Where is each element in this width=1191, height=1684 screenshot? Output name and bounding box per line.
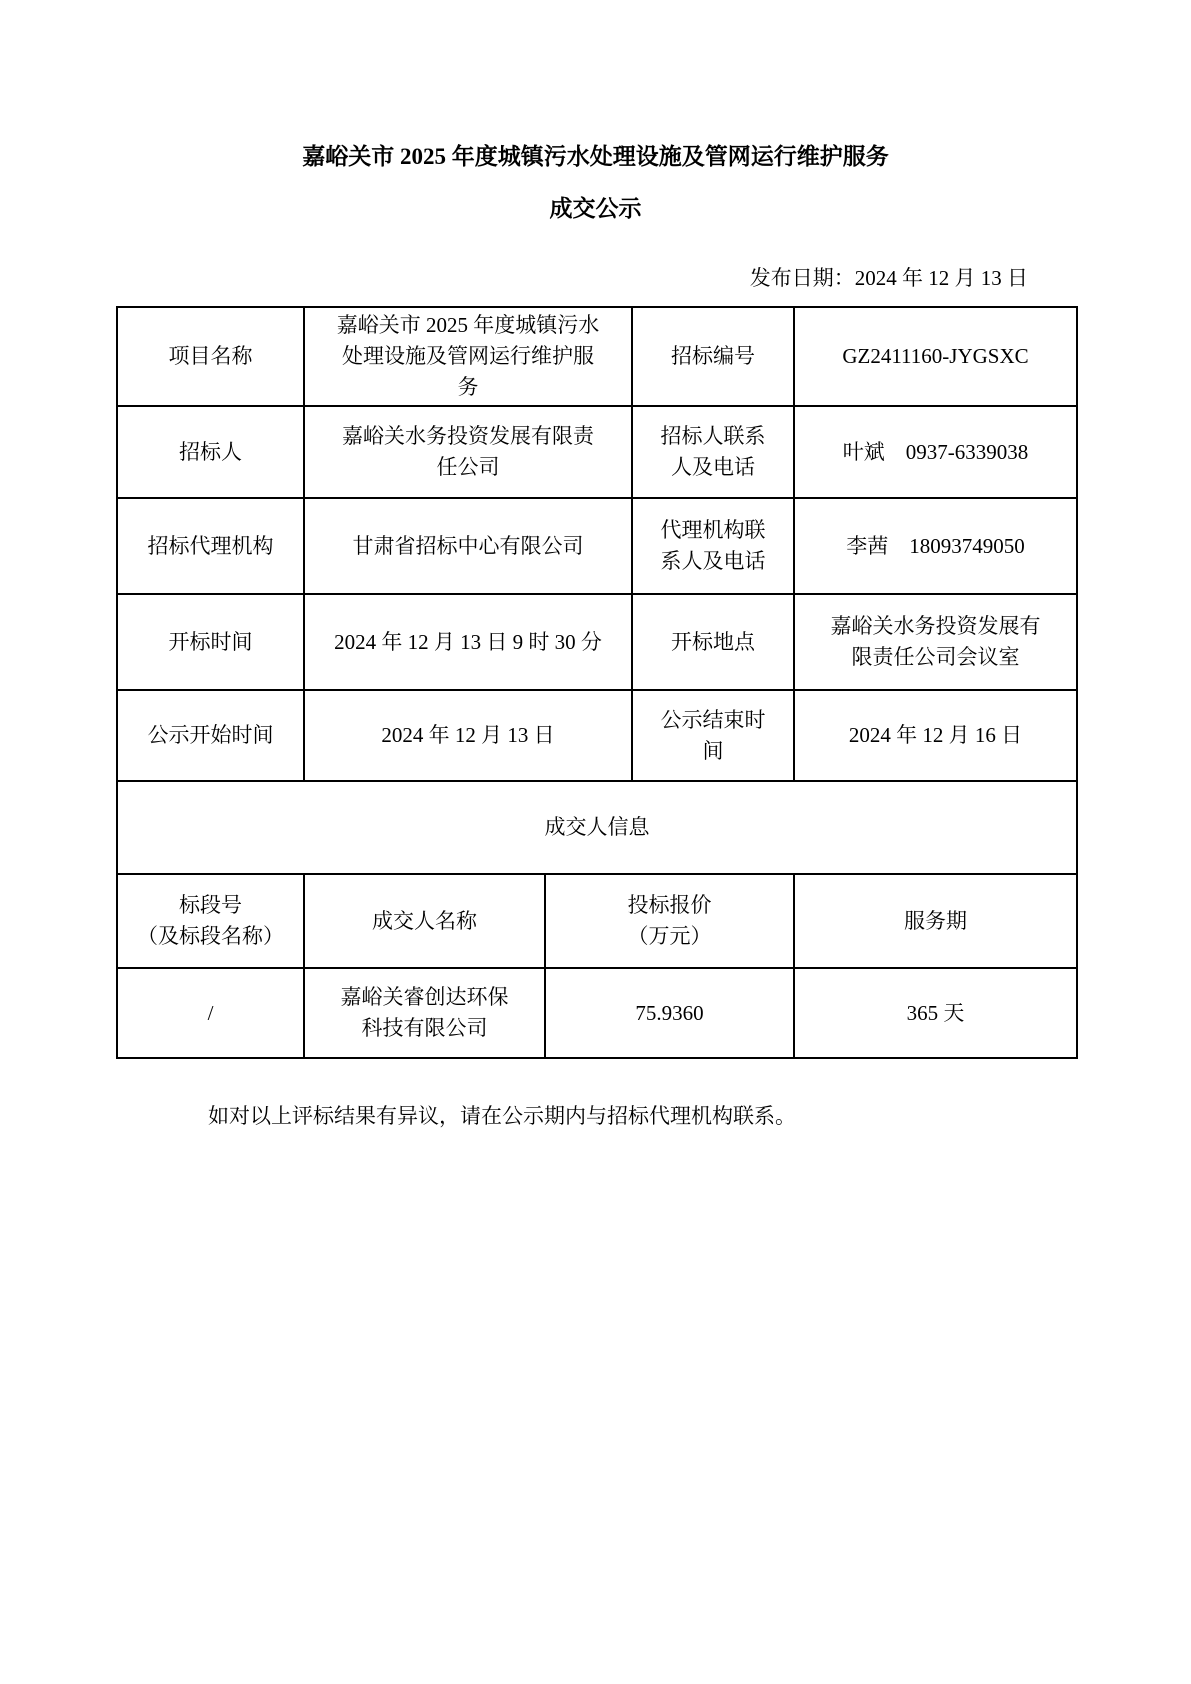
document-subtitle: 成交公示 bbox=[0, 192, 1191, 226]
opening-place-label: 开标地点 bbox=[632, 594, 794, 690]
agency-value: 甘肃省招标中心有限公司 bbox=[304, 498, 632, 594]
table-row-project: 项目名称 嘉峪关市 2025 年度城镇污水 处理设施及管网运行维护服 务 招标编… bbox=[117, 307, 1077, 406]
publicity-end-value: 2024 年 12 月 16 日 bbox=[794, 690, 1077, 781]
table-row-agency: 招标代理机构 甘肃省招标中心有限公司 代理机构联 系人及电话 李茜 180937… bbox=[117, 498, 1077, 594]
project-name-label: 项目名称 bbox=[117, 307, 304, 406]
tenderer-label: 招标人 bbox=[117, 406, 304, 498]
service-period-header: 服务期 bbox=[794, 874, 1077, 968]
agency-contact-value: 李茜 18093749050 bbox=[794, 498, 1077, 594]
lot-number-header: 标段号 （及标段名称） bbox=[117, 874, 304, 968]
table-row-section-header: 成交人信息 bbox=[117, 781, 1077, 874]
agency-label: 招标代理机构 bbox=[117, 498, 304, 594]
announcement-table: 项目名称 嘉峪关市 2025 年度城镇污水 处理设施及管网运行维护服 务 招标编… bbox=[116, 306, 1078, 1059]
opening-place-value: 嘉峪关水务投资发展有 限责任公司会议室 bbox=[794, 594, 1077, 690]
table-row-winner: / 嘉峪关睿创达环保 科技有限公司 75.9360 365 天 bbox=[117, 968, 1077, 1058]
table-row-opening: 开标时间 2024 年 12 月 13 日 9 时 30 分 开标地点 嘉峪关水… bbox=[117, 594, 1077, 690]
tenderer-contact-label: 招标人联系 人及电话 bbox=[632, 406, 794, 498]
table-row-publicity-period: 公示开始时间 2024 年 12 月 13 日 公示结束时 间 2024 年 1… bbox=[117, 690, 1077, 781]
tenderer-contact-value: 叶斌 0937-6339038 bbox=[794, 406, 1077, 498]
document-title: 嘉峪关市 2025 年度城镇污水处理设施及管网运行维护服务 bbox=[0, 140, 1191, 174]
opening-time-label: 开标时间 bbox=[117, 594, 304, 690]
title-block: 嘉峪关市 2025 年度城镇污水处理设施及管网运行维护服务 成交公示 bbox=[0, 0, 1191, 226]
bid-price-value: 75.9360 bbox=[545, 968, 794, 1058]
table-row-tenderer: 招标人 嘉峪关水务投资发展有限责 任公司 招标人联系 人及电话 叶斌 0937-… bbox=[117, 406, 1077, 498]
tender-number-value: GZ2411160-JYGSXC bbox=[794, 307, 1077, 406]
tender-number-label: 招标编号 bbox=[632, 307, 794, 406]
winner-name-header: 成交人名称 bbox=[304, 874, 545, 968]
document-page: 嘉峪关市 2025 年度城镇污水处理设施及管网运行维护服务 成交公示 发布日期：… bbox=[0, 0, 1191, 1684]
bid-price-header: 投标报价 （万元） bbox=[545, 874, 794, 968]
objection-note: 如对以上评标结果有异议，请在公示期内与招标代理机构联系。 bbox=[208, 1101, 1191, 1131]
publicity-end-label: 公示结束时 间 bbox=[632, 690, 794, 781]
table-row-winner-headers: 标段号 （及标段名称） 成交人名称 投标报价 （万元） 服务期 bbox=[117, 874, 1077, 968]
publicity-start-label: 公示开始时间 bbox=[117, 690, 304, 781]
lot-number-value: / bbox=[117, 968, 304, 1058]
publicity-start-value: 2024 年 12 月 13 日 bbox=[304, 690, 632, 781]
winner-info-section-header: 成交人信息 bbox=[117, 781, 1077, 874]
project-name-value: 嘉峪关市 2025 年度城镇污水 处理设施及管网运行维护服 务 bbox=[304, 307, 632, 406]
agency-contact-label: 代理机构联 系人及电话 bbox=[632, 498, 794, 594]
opening-time-value: 2024 年 12 月 13 日 9 时 30 分 bbox=[304, 594, 632, 690]
service-period-value: 365 天 bbox=[794, 968, 1077, 1058]
winner-name-value: 嘉峪关睿创达环保 科技有限公司 bbox=[304, 968, 545, 1058]
tenderer-value: 嘉峪关水务投资发展有限责 任公司 bbox=[304, 406, 632, 498]
publish-date: 发布日期：2024 年 12 月 13 日 bbox=[0, 264, 1191, 292]
